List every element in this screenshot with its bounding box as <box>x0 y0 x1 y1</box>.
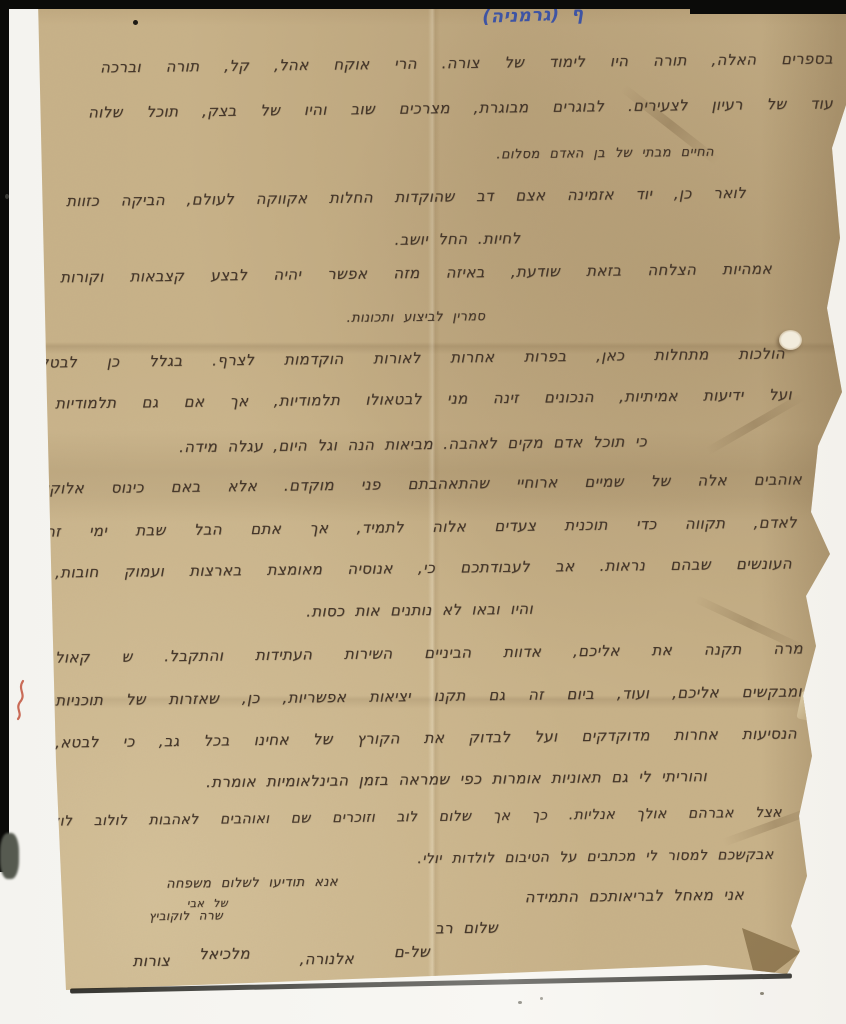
signature-bottom-word: אלנורה, <box>288 948 354 971</box>
ink-speck <box>133 20 138 25</box>
scan-speck <box>540 997 543 1000</box>
signature-wish-line: אני מאחל לבריאותכם התמידה <box>510 884 744 909</box>
scan-artifact <box>0 833 19 879</box>
handwritten-line: סמרין לביצוע ותכונות. <box>346 306 486 330</box>
scan-speck <box>760 992 764 995</box>
scan-speck <box>518 1001 522 1004</box>
signature-name: שרה לוקוביץ <box>115 904 223 927</box>
handwritten-line: החיים מבתי של בן האדם מסלום. <box>506 142 714 167</box>
handwritten-line: והיו ובאו לא נותנים אות כסות. <box>328 598 533 623</box>
signature-bottom-word: צורות <box>118 950 170 973</box>
red-margin-mark <box>9 678 37 722</box>
signature-greeting: שלום רב <box>438 917 498 940</box>
scan-edge-left <box>0 0 9 872</box>
letter-paper: ף (גרמניה) בספרים האלה, תורה היו לימוד ש… <box>0 0 846 1024</box>
signature-note-line: אנא תודיעו לשלום משפחה <box>120 872 338 897</box>
scanned-letter-page: ף (גרמניה) בספרים האלה, תורה היו לימוד ש… <box>0 0 846 1024</box>
signature-bottom-word: של-ם <box>372 941 430 964</box>
scan-edge-top <box>690 0 846 14</box>
scan-speck <box>5 194 9 199</box>
handwritten-line: לחיות. החל יושב. <box>380 227 535 251</box>
signature-bottom-word: מלכיאל <box>172 943 250 966</box>
